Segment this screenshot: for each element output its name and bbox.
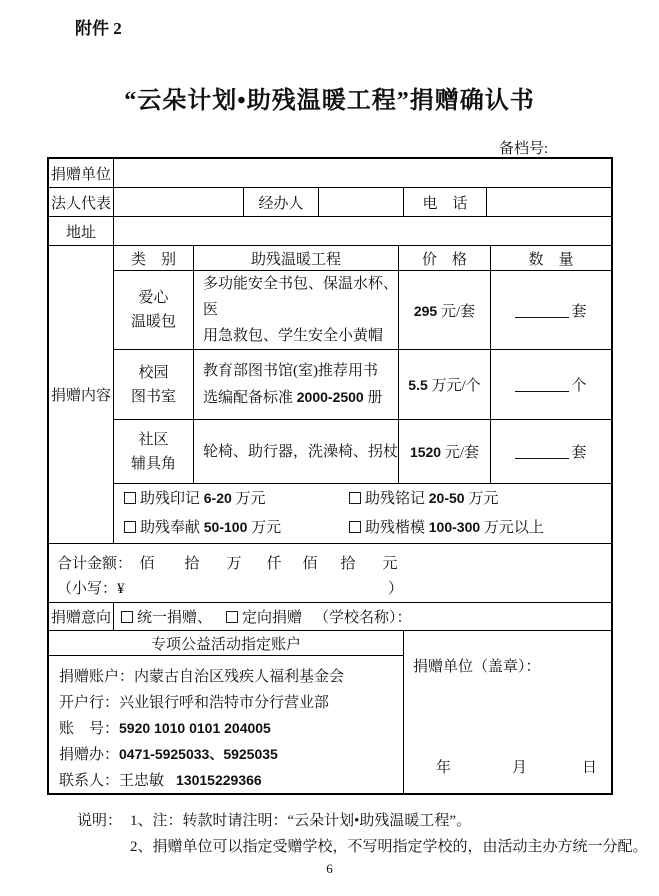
handler-label: 经办人 [244,188,319,216]
account-line: 捐赠账户：内蒙古自治区残疾人福利基金会 [59,663,403,689]
account-line-number: 5920 1010 0101 204005 [119,720,271,736]
donation-item-row: 爱心 温暖包 多功能安全书包、保温水杯、医 用急救包、学生安全小黄帽 295 元… [114,271,611,350]
item-desc-line: 用急救包、学生安全小黄帽 [203,323,383,349]
quantity-unit: 套 [571,300,586,321]
page-number: 6 [0,861,659,877]
tier-option: 助残奉献 50-100 万元 [124,514,349,542]
item-category-line: 温暖包 [131,310,176,334]
note-line: 说明：1、注：转款时请注明：“云朵计划•助残温暖工程”。 [77,808,648,834]
donation-item-row: 社区 辅具角 轮椅、助行器，洗澡椅、拐杖 1520 元/套 套 [114,420,611,484]
amount-unit: 仟 [265,552,283,573]
tier-option: 助残铭记 20-50 万元 [349,485,611,513]
account-line-label: 开户行： [59,695,119,711]
note-line-text: 2、捐赠单位可以指定受赠学校，不写明指定学校的，由活动主办方统一分配。 [130,839,648,855]
legal-rep-field[interactable] [114,188,244,216]
address-field[interactable] [114,217,611,245]
account-line-label: 捐赠账户： [59,669,134,685]
date-month-label: 月 [512,756,527,777]
account-line-value: 王忠敏 [119,773,164,789]
school-name-label: （学校名称）： [314,606,412,627]
item-category-line: 爱心 [138,286,168,310]
donation-content-table: 类 别 助残温暖工程 价 格 数 量 爱心 温暖包 多功能安全书包、保温水杯、医… [114,246,611,543]
row-donation-intent: 捐赠意向 统一捐赠、 定向捐赠 （学校名称）： [49,603,611,631]
page-title: “云朵计划•助残温暖工程”捐赠确认书 [0,80,659,115]
item-quantity: 个 [491,350,611,419]
item-category-line: 校园 [138,361,168,385]
item-price-text: 295 元/套 [414,300,475,321]
amount-unit: 拾 [183,552,201,573]
account-line-label: 联系人： [59,773,119,789]
account-line-number: 13015229366 [176,772,262,788]
donation-intent-label: 捐赠意向 [49,603,114,630]
note-line-text: 1、注：转款时请注明：“云朵计划•助残温暖工程”。 [130,813,471,829]
handler-field[interactable] [319,188,404,216]
inner-header-row: 类 别 助残温暖工程 价 格 数 量 [114,246,611,271]
total-amount-close-paren: ） [388,577,403,598]
document-page: 附件 2 “云朵计划•助残温暖工程”捐赠确认书 备档号: 捐赠单位 法人代表 经… [0,0,659,896]
account-line-number: 0471-5925033、5925035 [119,746,278,762]
row-donation-content: 捐赠内容 类 别 助残温暖工程 价 格 数 量 爱心 温暖包 多功能安全书包、保… [49,246,611,544]
tier-option-label: 助残奉献 50-100 万元 [140,520,281,536]
item-desc-line: 教育部图书馆(室)推荐用书 [203,358,378,384]
account-section-header: 专项公益活动指定账户 [49,631,403,656]
category-header: 类 别 [114,246,194,270]
donation-intent-options: 统一捐赠、 定向捐赠 （学校名称）： [114,603,611,630]
row-legal-rep: 法人代表 经办人 电 话 [49,188,611,217]
total-amount-small-label: （小写：¥ [57,577,125,598]
donor-unit-field[interactable] [114,159,611,187]
item-category: 社区 辅具角 [114,420,194,483]
item-desc-line: 轮椅、助行器，洗澡椅、拐杖 [203,439,398,465]
phone-label: 电 话 [404,188,487,216]
item-quantity: 套 [491,271,611,349]
row-address: 地址 [49,217,611,246]
item-price: 5.5 万元/个 [399,350,491,419]
checkbox-icon[interactable] [226,611,238,623]
item-quantity: 套 [491,420,611,483]
quantity-header: 数 量 [491,246,611,270]
row-total-amount: 合计金额： 佰 拾 万 仟 佰 拾 元 （小写：¥ ） [49,544,611,603]
checkbox-icon[interactable] [121,611,133,623]
item-category-line: 图书室 [131,385,176,409]
date-year-label: 年 [436,756,451,777]
item-desc-line: 选编配备标准 2000-2500 册 [203,384,382,411]
quantity-unit: 套 [571,441,586,462]
account-line-label: 账 号： [59,721,119,737]
item-price: 295 元/套 [399,271,491,349]
item-description: 多功能安全书包、保温水杯、医 用急救包、学生安全小黄帽 [194,271,399,349]
address-label: 地址 [49,217,114,245]
legal-rep-label: 法人代表 [49,188,114,216]
item-description: 教育部图书馆(室)推荐用书 选编配备标准 2000-2500 册 [194,350,399,419]
tier-option: 助残印记 6-20 万元 [124,485,349,513]
account-line: 开户行：兴业银行呼和浩特市分行营业部 [59,689,403,715]
tier-option-label: 助残楷模 100-300 万元以上 [365,520,544,536]
amount-unit: 佰 [138,552,156,573]
amount-unit: 万 [225,552,243,573]
item-category: 校园 图书室 [114,350,194,419]
quantity-blank-field[interactable] [515,444,569,460]
attachment-label: 附件 2 [75,14,122,39]
quantity-blank-field[interactable] [515,377,569,393]
account-line: 捐赠办：0471-5925033、5925035 [59,741,403,767]
amount-unit: 佰 [301,552,319,573]
item-price-text: 1520 元/套 [410,441,479,462]
item-description: 轮椅、助行器，洗澡椅、拐杖 [194,420,399,483]
donation-tier-options: 助残印记 6-20 万元 助残铭记 20-50 万元 助残奉献 50-100 万… [114,484,611,543]
donation-form-table: 捐赠单位 法人代表 经办人 电 话 地址 捐赠内容 类 别 助残温暖工程 价 格 [47,157,613,795]
archive-no-label: 备档号: [499,137,548,158]
tier-option-label: 助残印记 6-20 万元 [140,491,266,507]
amount-unit: 元 [381,552,399,573]
item-desc-line: 多功能安全书包、保温水杯、医 [203,271,398,323]
project-header: 助残温暖工程 [194,246,399,270]
row-donor-unit: 捐赠单位 [49,159,611,188]
intent-option-unified-label: 统一捐赠、 [137,606,212,627]
item-category-line: 社区 [138,428,168,452]
item-price: 1520 元/套 [399,420,491,483]
total-amount-small-field[interactable] [177,577,382,597]
donation-item-row: 校园 图书室 教育部图书馆(室)推荐用书 选编配备标准 2000-2500 册 … [114,350,611,420]
account-line: 联系人：王忠敏13015229366 [59,767,403,793]
note-line: 2、捐赠单位可以指定受赠学校，不写明指定学校的，由活动主办方统一分配。 [77,834,648,860]
tier-option-label: 助残铭记 20-50 万元 [365,491,498,507]
checkbox-icon[interactable] [349,492,361,504]
donor-unit-label: 捐赠单位 [49,159,114,187]
stamp-label: 捐赠单位（盖章）： [413,655,541,676]
account-line-value: 兴业银行呼和浩特市分行营业部 [119,695,329,711]
date-day-label: 日 [582,756,597,777]
tier-option: 助残楷模 100-300 万元以上 [349,514,611,542]
row-account-stamp: 专项公益活动指定账户 捐赠账户：内蒙古自治区残疾人福利基金会 开户行：兴业银行呼… [49,631,611,793]
item-category: 爱心 温暖包 [114,271,194,349]
school-name-field[interactable] [412,603,611,630]
price-header: 价 格 [399,246,491,270]
phone-field[interactable] [487,188,611,216]
checkbox-icon[interactable] [349,521,361,533]
quantity-blank-field[interactable] [515,302,569,318]
amount-unit: 拾 [339,552,357,573]
intent-option-directed-label: 定向捐赠 [242,606,302,627]
stamp-section: 捐赠单位（盖章）： 年 月 日 [404,631,611,793]
quantity-unit: 个 [571,374,586,395]
account-line-label: 捐赠办： [59,747,119,763]
account-line: 账 号：5920 1010 0101 204005 [59,715,403,741]
checkbox-icon[interactable] [124,492,136,504]
donation-content-label: 捐赠内容 [49,246,114,543]
item-category-line: 辅具角 [131,452,176,476]
notes-block: 说明：1、注：转款时请注明：“云朵计划•助残温暖工程”。 2、捐赠单位可以指定受… [77,808,648,860]
account-line-value: 内蒙古自治区残疾人福利基金会 [134,669,344,685]
notes-label: 说明： [77,813,122,829]
account-details: 捐赠账户：内蒙古自治区残疾人福利基金会 开户行：兴业银行呼和浩特市分行营业部 账… [49,656,403,793]
item-price-text: 5.5 万元/个 [408,374,480,395]
total-amount-label: 合计金额： [57,552,132,573]
account-section: 专项公益活动指定账户 捐赠账户：内蒙古自治区残疾人福利基金会 开户行：兴业银行呼… [49,631,404,793]
checkbox-icon[interactable] [124,521,136,533]
